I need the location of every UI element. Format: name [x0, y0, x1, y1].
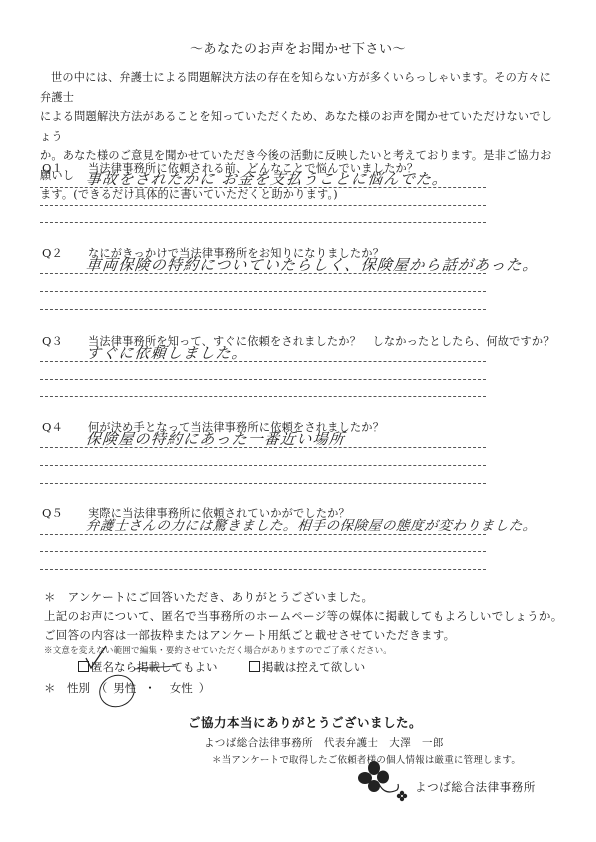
answer-line	[40, 447, 486, 448]
firm-representative: よつば総合法律事務所 代表弁護士 大澤 一郎	[204, 735, 444, 750]
question-label: Q４	[42, 419, 63, 435]
handwritten-answer[interactable]: 保険屋の特約にあった一番近い場所	[85, 428, 346, 449]
handwritten-answer[interactable]: 事故をされたかに お金を支払うことに悩んでた。	[85, 168, 450, 189]
publish-question: 上記のお声について、匿名で当事務所のホームページ等の媒体に掲載してもよろしいでし…	[44, 608, 563, 624]
answer-line	[40, 273, 486, 274]
answer-line	[40, 465, 486, 466]
intro-line-2: による問題解決方法があることを知っていただくため、あなた様のお声を聞かせていただ…	[40, 107, 560, 146]
answer-line	[40, 187, 486, 188]
answer-line	[40, 569, 486, 570]
answer-line	[40, 379, 486, 380]
answer-line	[40, 534, 486, 535]
publish-detail: ご回答の内容は一部抜粋またはアンケート用紙ごと載せさせていただきます。	[44, 627, 455, 643]
checkbox-decline[interactable]	[249, 661, 260, 672]
answer-line	[40, 205, 486, 206]
clover-icon	[357, 760, 413, 804]
answer-line	[40, 309, 486, 310]
answer-line	[40, 291, 486, 292]
gender-label: ＊ 性別 （	[44, 681, 107, 695]
answer-line	[40, 551, 486, 552]
gender-separator: ・	[144, 681, 156, 695]
handwritten-check-icon	[84, 644, 110, 670]
page-title: ～あなたのお声をお聞かせ下さい～	[0, 38, 596, 57]
handwritten-answer[interactable]: 車両保険の特約についていたらしく、保険屋から話があった。	[85, 254, 540, 275]
question-label: Q１	[42, 160, 63, 176]
survey-thanks-note: ＊ アンケートにご回答いただき、ありがとうございました。	[44, 589, 373, 605]
footer-thanks: ご協力本当にありがとうございました。	[188, 713, 422, 731]
answer-line	[40, 222, 486, 223]
handwritten-answer[interactable]: 弁護士さんの力には驚きました。相手の保険屋の態度が変わりました。	[85, 514, 538, 534]
intro-text-1: 世の中には、弁護士による問題解決方法の存在を知らない方が多くいらっしゃいます。そ…	[40, 71, 551, 104]
handwritten-answer[interactable]: すぐに依頼しました。	[85, 342, 249, 363]
answer-line	[40, 361, 486, 362]
answer-line	[40, 396, 486, 397]
question-label: Q２	[42, 245, 63, 261]
consent-option-decline[interactable]: 掲載は控えて欲しい	[249, 660, 366, 674]
answer-line	[40, 483, 486, 484]
handwritten-circle-selection	[95, 670, 140, 712]
intro-line-1: 世の中には、弁護士による問題解決方法の存在を知らない方が多くいらっしゃいます。そ…	[40, 68, 560, 107]
consent-label-decline: 掲載は控えて欲しい	[262, 660, 366, 674]
gender-option-female[interactable]: 女性	[170, 681, 193, 695]
gender-close-paren: ）	[199, 681, 211, 695]
consent-options: 匿名なら掲載してもよい 掲載は控えて欲しい	[78, 659, 365, 675]
firm-logo-text: よつば総合法律事務所	[415, 779, 536, 795]
question-label: Q３	[42, 333, 63, 349]
question-label: Q５	[42, 505, 63, 521]
